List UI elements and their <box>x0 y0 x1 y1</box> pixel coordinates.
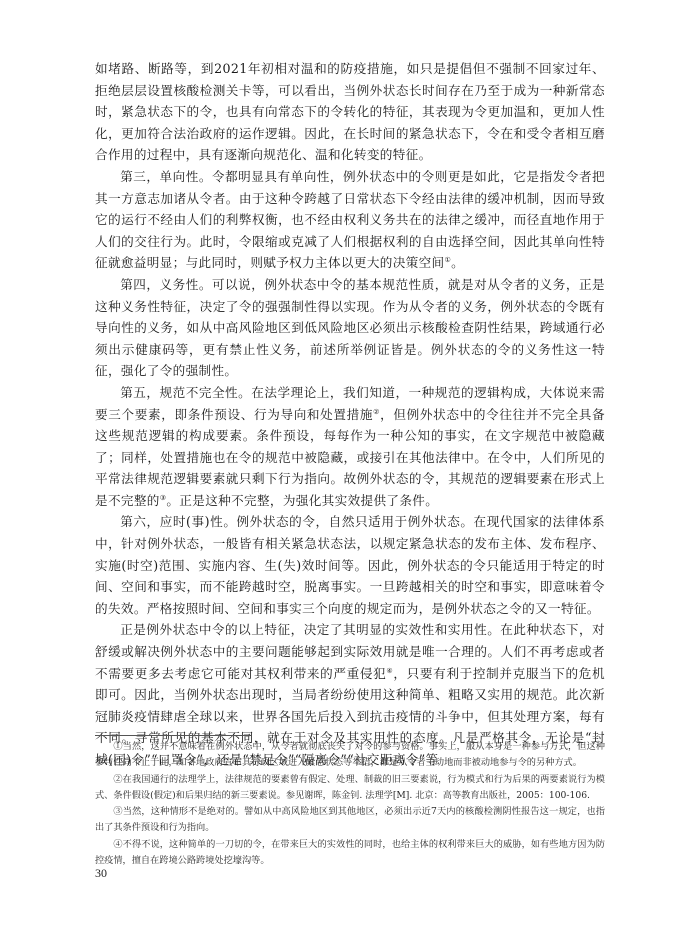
paragraph-timeliness: 第六，应时(事)性。例外状态的令，自然只适用于例外状态。在现代国家的法律体系中，… <box>95 511 605 619</box>
article-body: 如堵路、断路等，到2021年初相对温和的防疫措施，如只是提倡但不强制不回家过年、… <box>95 58 605 771</box>
paragraph-unidirectionality: 第三，单向性。令都明显具有单向性，例外状态中的令则更是如此，它是指发令者把其一方… <box>95 166 605 274</box>
paragraph-text: 第四，义务性。可以说，例外状态中令的基本规范性质，就是对从令者的义务，正是这种义… <box>95 277 605 378</box>
footnote-3: ③当然，这种情形不是绝对的。譬如从中高风险地区到其他地区，必须出示近7天内的核酸… <box>95 804 605 837</box>
paragraph-1: 如堵路、断路等，到2021年初相对温和的防疫措施，如只是提倡但不强制不回家过年、… <box>95 58 605 166</box>
page-number: 30 <box>95 866 107 881</box>
footnote-divider <box>95 735 251 736</box>
footnote-4: ④不得不说，这种简单的一刀切的令，在带来巨大的实效性的同时，也给主体的权利带来巨… <box>95 837 605 870</box>
footnote-1: ①当然，这并不意味着在例外状态中，从令者就彻底丧失了对令的参与资格。事实上，服从… <box>95 739 605 772</box>
footnote-2: ②在我国通行的法理学上，法律规范的要素曾有假定、处理、制裁的旧三要素说，行为模式… <box>95 772 605 805</box>
paragraph-text-tail: 。 <box>451 255 464 270</box>
paragraph-text: 第三，单向性。令都明显具有单向性，例外状态中的令则更是如此，它是指发令者把其一方… <box>95 169 605 270</box>
paragraph-obligation: 第四，义务性。可以说，例外状态中令的基本规范性质，就是对从令者的义务，正是这种义… <box>95 274 605 382</box>
footnotes: ①当然，这并不意味着在例外状态中，从令者就彻底丧失了对令的参与资格。事实上，服从… <box>95 739 605 869</box>
paragraph-text: 第六，应时(事)性。例外状态的令，自然只适用于例外状态。在现代国家的法律体系中，… <box>95 514 605 615</box>
paragraph-incompleteness: 第五，规范不完全性。在法学理论上，我们知道，一种规范的逻辑构成，大体说来需要三个… <box>95 382 605 512</box>
paragraph-text-tail: 。正是这种不完整，为强化其实效提供了条件。 <box>166 493 438 508</box>
body-text: 如堵路、断路等，到2021年初相对温和的防疫措施，如只是提倡但不强制不回家过年、… <box>95 58 605 771</box>
paragraph-text: 如堵路、断路等，到2021年初相对温和的防疫措施，如只是提倡但不强制不回家过年、… <box>95 61 605 162</box>
